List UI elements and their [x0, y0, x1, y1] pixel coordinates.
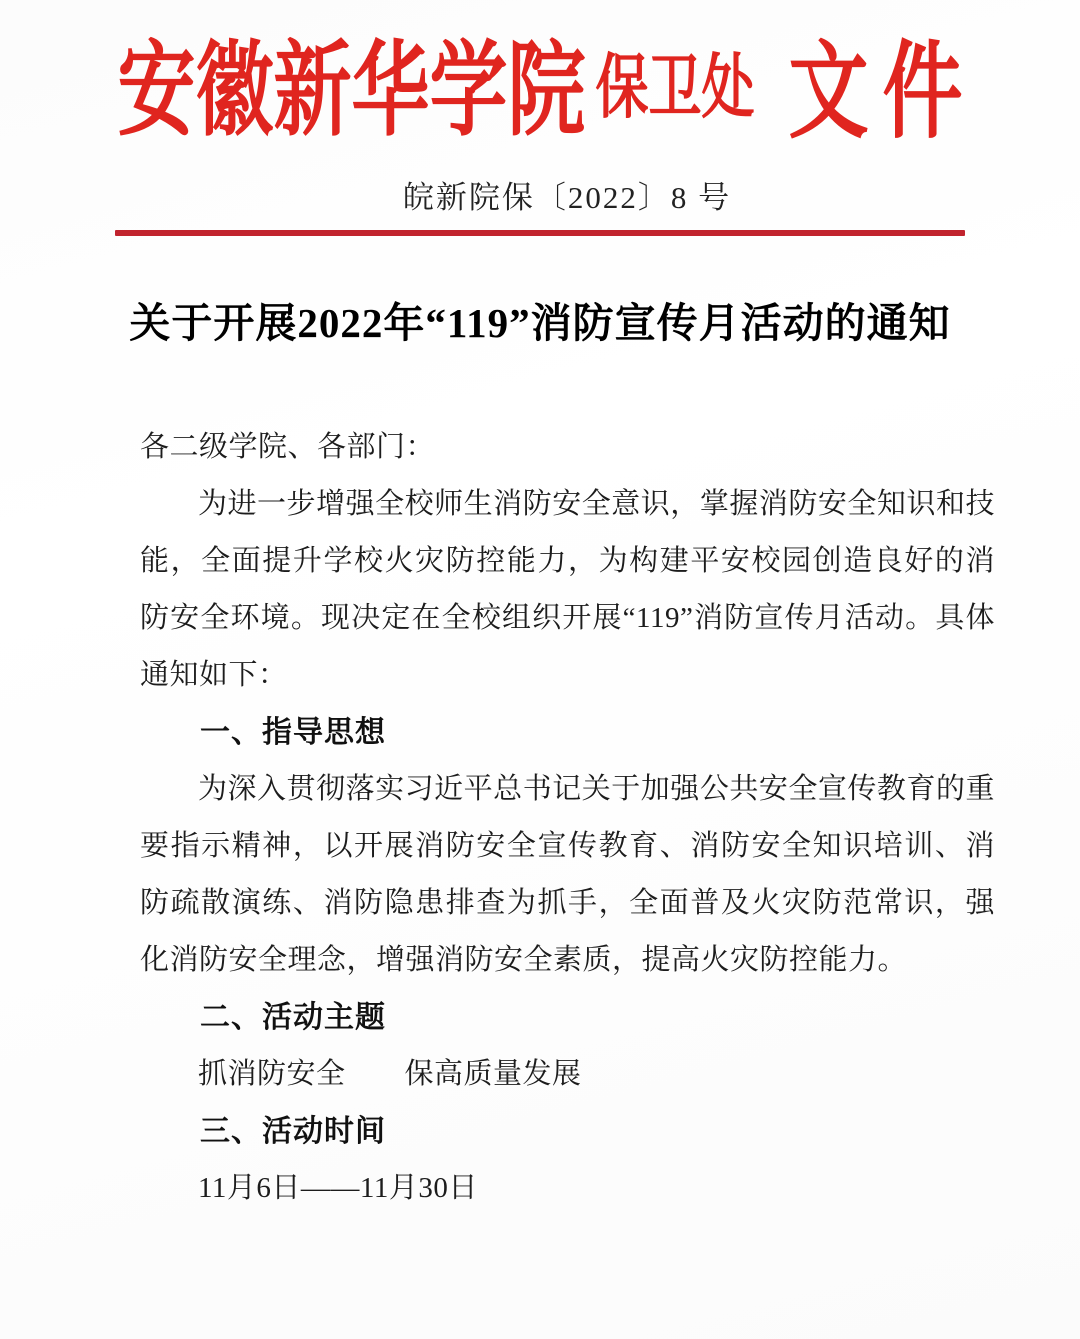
- document-page: 安徽新华学院 保卫处 文件 皖新院保〔2022〕8 号 关于开展2022年“11…: [0, 0, 1080, 1339]
- doc-number: 皖新院保〔2022〕8 号: [27, 172, 1080, 217]
- salutation: 各二级学院、各部门：: [140, 419, 995, 476]
- red-divider-line: [115, 230, 965, 236]
- document-title: 关于开展2022年“119”消防宣传月活动的通知: [40, 300, 1040, 347]
- doc-word: 文件: [789, 6, 977, 158]
- intro-paragraph: 为进一步增强全校师生消防安全意识，掌握消防安全知识和技能，全面提升学校火灾防控能…: [140, 476, 995, 704]
- section-2-text: 抓消防安全 保高质量发展: [140, 1046, 995, 1103]
- org-name: 安徽新华学院: [117, 8, 585, 156]
- section-3-text: 11月6日——11月30日: [140, 1160, 995, 1217]
- section-2-heading: 二、活动主题: [140, 989, 995, 1046]
- dept-name: 保卫处: [596, 32, 755, 132]
- section-3-heading: 三、活动时间: [140, 1103, 995, 1160]
- section-1-text: 为深入贯彻落实习近平总书记关于加强公共安全宣传教育的重要指示精神，以开展消防安全…: [140, 761, 995, 989]
- document-body: 各二级学院、各部门： 为进一步增强全校师生消防安全意识，掌握消防安全知识和技能，…: [140, 419, 995, 1217]
- section-1-heading: 一、指导思想: [140, 704, 995, 761]
- letterhead: 安徽新华学院 保卫处 文件: [0, 8, 1080, 156]
